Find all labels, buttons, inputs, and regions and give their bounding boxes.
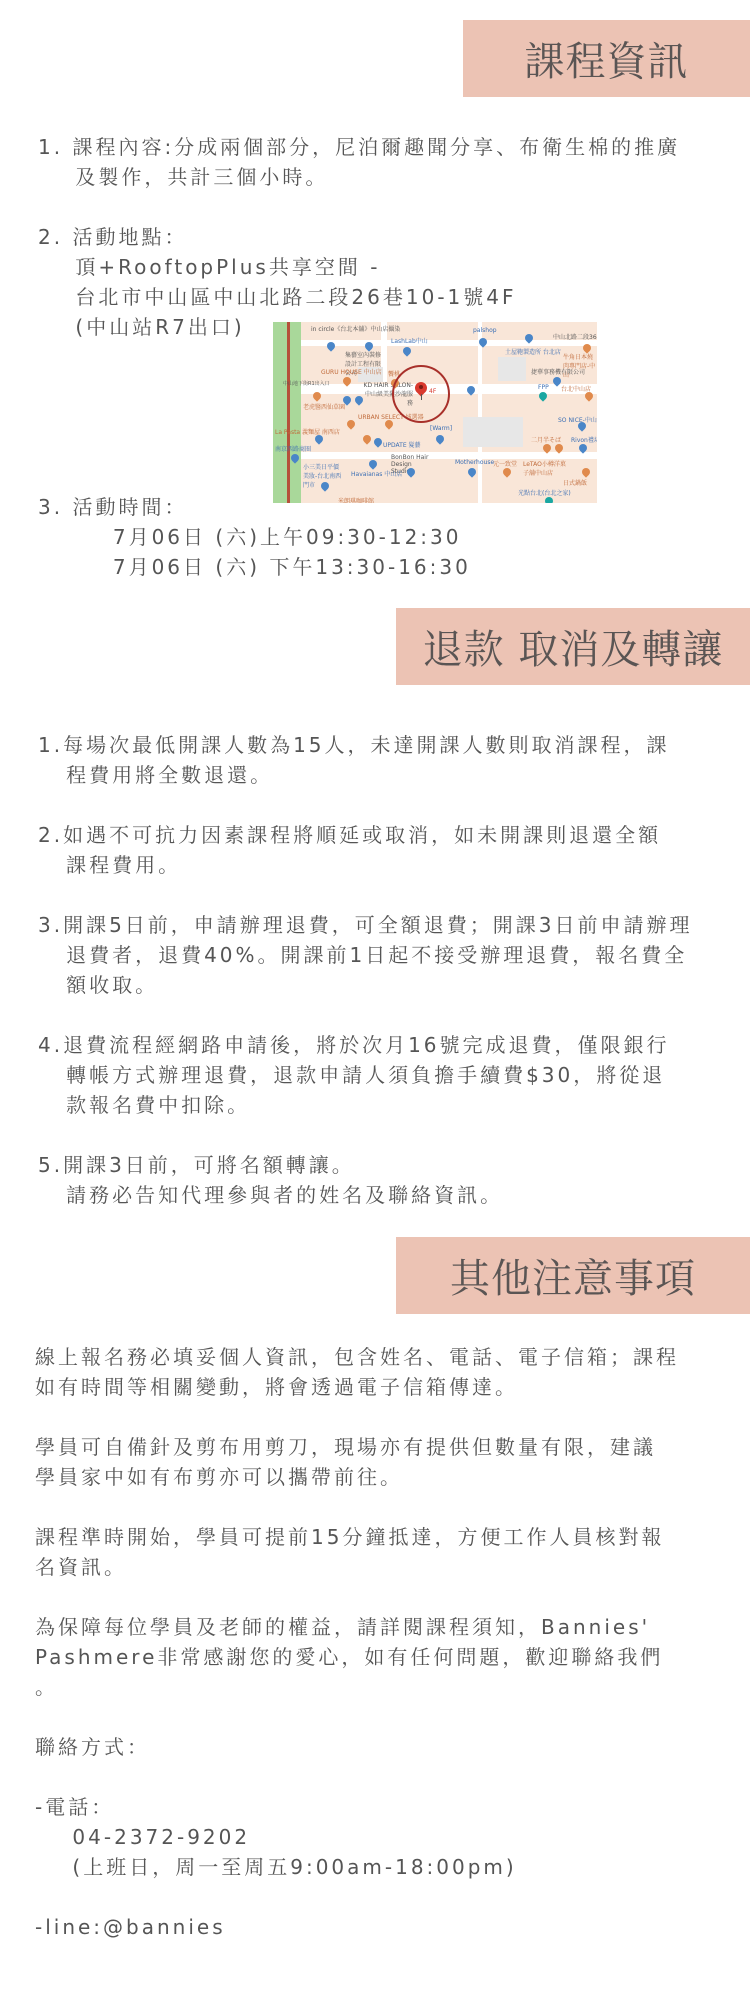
text-line: 1.每場次最低開課人數為15人，未達開課人數則取消課程，課 [38, 730, 670, 760]
text-line: 3.開課5日前，申請辦理退費，可全額退費；開課3日前申請辦理 [38, 910, 693, 940]
map-building [463, 417, 523, 447]
map-label: LeTAO小樽洋菓子舖中山店 [523, 459, 568, 477]
notes-paragraph-3: 課程準時開始，學員可提前15分鐘抵達，方便工作人員核對報 名資訊。 [35, 1522, 664, 1582]
map-label: FPP [538, 384, 549, 391]
map-road [301, 452, 597, 459]
refund-item-3: 3.開課5日前，申請辦理退費，可全額退費；開課3日前申請辦理 退費者，退費40%… [38, 910, 693, 1000]
refund-item-4: 4.退費流程經網路申請後，將於次月16號完成退費，僅限銀行 轉帳方式辦理退費，退… [38, 1030, 670, 1120]
refund-item-1: 1.每場次最低開課人數為15人，未達開課人數則取消課程，課 程費用將全數退還。 [38, 730, 670, 790]
phone-label: -電話： [35, 1792, 517, 1822]
text-line: 如有時間等相關變動，將會透過電子信箱傳達。 [35, 1372, 679, 1402]
session-morning: 7月06日 (六)上午09:30-12:30 [38, 522, 471, 552]
map-label: palshop [473, 327, 497, 334]
map-rail-line [287, 322, 290, 503]
map-pin-stem [421, 394, 422, 400]
map-label: SO NICE-中山北 [558, 415, 597, 424]
notes-paragraph-1: 線上報名務必填妥個人資訊，包含姓名、電話、電子信箱；課程 如有時間等相關變動，將… [35, 1342, 679, 1402]
text-line: 課程準時開始，學員可提前15分鐘抵達，方便工作人員核對報 [35, 1522, 664, 1552]
text-line: 1. 課程內容:分成兩個部分，尼泊爾趣聞分享、布衛生棉的推廣 [38, 132, 680, 162]
session-afternoon: 7月06日 (六) 下午13:30-16:30 [38, 552, 471, 582]
venue-name: 頂+RooftopPlus共享空間 - [38, 252, 517, 282]
text-line: 學員家中如有布剪亦可以攜帶前往。 [35, 1462, 656, 1492]
map-building [498, 357, 526, 381]
course-info-item-1: 1. 課程內容:分成兩個部分，尼泊爾趣聞分享、布衛生棉的推廣 及製作，共計三個小… [38, 132, 680, 192]
text-line: 為保障每位學員及老師的權益，請詳閱課程須知，Bannies' [35, 1612, 663, 1642]
map-pin-dot [419, 385, 423, 389]
map-label: Rivon禮坊 [571, 435, 597, 444]
map-poi-icon [367, 458, 378, 469]
text-line: 及製作，共計三個小時。 [38, 162, 680, 192]
text-line: 3. 活動時間： [38, 492, 471, 522]
map-label: 土屋鞄製造所 台北店 [505, 347, 561, 356]
map-poi-icon [372, 436, 383, 447]
map-label: [Warm] [430, 425, 452, 432]
map-label: Motherhouse [455, 459, 494, 466]
map-label: 老虎醫西仙草園 [303, 402, 345, 411]
location-map[interactable]: in circle《台北本舖》中山店攝染 LashLab中山 palshop 土… [273, 322, 597, 503]
notes-paragraph-2: 學員可自備針及剪布用剪刀，現場亦有提供但數量有限，建議 學員家中如有布剪亦可以攜… [35, 1432, 656, 1492]
map-label: 元一致堂 [493, 459, 517, 468]
text-line: 2. 活動地點： [38, 222, 517, 252]
section-title-refund: 退款 取消及轉讓 [396, 608, 750, 685]
text-line: 名資訊。 [35, 1552, 664, 1582]
text-line: Pashmere非常感謝您的愛心，如有任何問題，歡迎聯絡我們 [35, 1642, 663, 1672]
map-label: 中山北路二段36巷 [553, 332, 597, 341]
map-label: Havaianas 中山店 [351, 469, 402, 478]
venue-address: 台北市中山區中山北路二段26巷10-1號4F [38, 282, 517, 312]
text-line: 線上報名務必填妥個人資訊，包含姓名、電話、電子信箱；課程 [35, 1342, 679, 1372]
text-line: 請務必告知代理參與者的姓名及聯絡資訊。 [38, 1180, 503, 1210]
refund-item-5: 5.開課3日前，可將名額轉讓。 請務必告知代理參與者的姓名及聯絡資訊。 [38, 1150, 503, 1210]
map-label: 中山地下街R1出入口 [283, 380, 330, 387]
map-label: 日式鍋飯 [563, 478, 587, 487]
text-line: 2.如遇不可抗力因素課程將順延或取消，如未開課則退還全額 [38, 820, 661, 850]
text-line: 款報名費中扣除。 [38, 1090, 670, 1120]
text-line: 學員可自備針及剪布用剪刀，現場亦有提供但數量有限，建議 [35, 1432, 656, 1462]
map-label: 捷華事務機有限公司 [531, 367, 585, 376]
contact-block: 聯絡方式： -電話： 04-2372-9202 (上班日，周一至周五9:00am… [35, 1732, 517, 1942]
map-road [478, 322, 482, 503]
map-label: 南京西路商圈 [275, 444, 311, 453]
map-poi-icon [401, 345, 412, 356]
line-id[interactable]: -line:@bannies [35, 1912, 517, 1942]
map-label: UPDATE 髮藝 [383, 440, 421, 449]
map-label: LashLab中山 [391, 336, 428, 345]
spacer [35, 1762, 517, 1792]
map-poi-icon [434, 433, 445, 444]
phone-number[interactable]: 04-2372-9202 [35, 1822, 517, 1852]
map-label: 光點台北(台北之家) [518, 488, 571, 497]
text-line: 退費者，退費40%。開課前1日起不接受辦理退費，報名費全 [38, 940, 693, 970]
section-title-notes: 其他注意事項 [396, 1237, 750, 1314]
refund-title: 退款 取消及轉讓 [423, 618, 724, 675]
map-poi-icon [580, 466, 591, 477]
text-line: 4.退費流程經網路申請後，將於次月16號完成退費，僅限銀行 [38, 1030, 670, 1060]
refund-item-2: 2.如遇不可抗力因素課程將順延或取消，如未開課則退還全額 課程費用。 [38, 820, 661, 880]
text-line: 課程費用。 [38, 850, 661, 880]
course-info-title: 課程資訊 [525, 30, 689, 87]
text-line: 程費用將全數退還。 [38, 760, 670, 790]
text-line: 額收取。 [38, 970, 693, 1000]
map-poi-icon [466, 466, 477, 477]
text-line: 轉帳方式辦理退費，退款申請人須負擔手續費$30，將從退 [38, 1060, 670, 1090]
map-label: in circle《台北本舖》中山店攝染 [311, 324, 400, 333]
map-label: GURU HOUSE 中山店 [321, 367, 382, 376]
text-line: 。 [35, 1672, 663, 1702]
section-title-course-info: 課程資訊 [463, 20, 750, 97]
phone-hours: (上班日，周一至周五9:00am-18:00pm) [35, 1852, 517, 1882]
map-poi-icon [501, 466, 512, 477]
course-info-item-3: 3. 活動時間： 7月06日 (六)上午09:30-12:30 7月06日 (六… [38, 492, 471, 582]
notes-paragraph-4: 為保障每位學員及老師的權益，請詳閱課程須知，Bannies' Pashmere非… [35, 1612, 663, 1702]
map-poi-icon [361, 433, 372, 444]
text-line: 5.開課3日前，可將名額轉讓。 [38, 1150, 503, 1180]
notes-title: 其他注意事項 [450, 1247, 696, 1304]
map-poi-icon [345, 418, 356, 429]
map-label: La Pasta 義麵屋 南西店 [275, 427, 340, 436]
spacer [35, 1882, 517, 1912]
contact-heading: 聯絡方式： [35, 1732, 517, 1762]
